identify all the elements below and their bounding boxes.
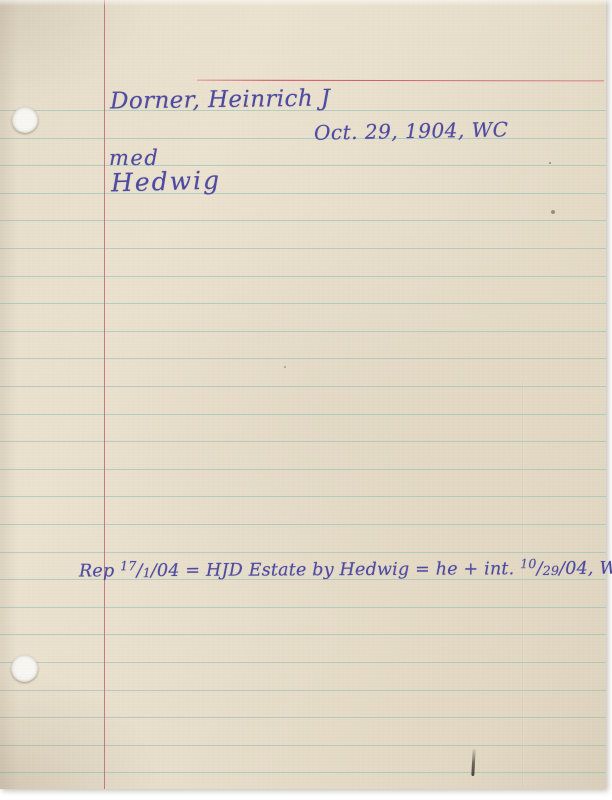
paper-speck [284, 366, 286, 368]
paper-crease [522, 380, 524, 788]
rule-line [0, 414, 606, 415]
paper-speck [551, 210, 555, 214]
punch-hole-bottom [11, 655, 38, 682]
note-segment: /04, WCs [559, 559, 612, 579]
rule-line [0, 634, 606, 635]
rule-line [0, 138, 606, 139]
rule-line [0, 745, 606, 746]
rule-line [0, 358, 606, 359]
rule-line [0, 303, 606, 304]
note-segment: 17 [120, 559, 137, 574]
rule-line [0, 441, 606, 442]
red-header-line [197, 80, 604, 82]
note-segment: / [537, 559, 543, 579]
notebook-page: Dorner, Heinrich J Oct. 29, 1904, WC med… [0, 0, 606, 789]
rule-line [0, 193, 606, 194]
rule-line [0, 607, 606, 608]
rule-line [0, 220, 606, 221]
paper-grain [0, 0, 606, 789]
paper-speck [549, 162, 551, 164]
rule-line [0, 386, 606, 387]
punch-hole-top [12, 107, 38, 133]
red-margin-line [104, 0, 105, 789]
rule-line [0, 496, 606, 497]
handwritten-name: Dorner, Heinrich J [110, 85, 331, 114]
note-segment: Rep [79, 561, 120, 581]
rule-line [0, 165, 606, 166]
note-segment: 29 [543, 563, 560, 578]
rule-line [0, 469, 606, 470]
rule-line [0, 717, 606, 718]
paper-vignette [0, 0, 606, 789]
rule-line [0, 331, 606, 332]
rule-line [0, 552, 606, 553]
note-segment: /04 = HJD Estate by Hedwig = he + int. [151, 559, 520, 581]
rule-line [0, 772, 606, 773]
rule-line [0, 662, 606, 663]
note-segment: 1 [143, 565, 151, 580]
paper-top-edge [0, 0, 606, 6]
note-segment: / [136, 561, 142, 581]
rule-line [0, 248, 606, 249]
rule-line [0, 690, 606, 691]
handwritten-spouse: Hedwig [111, 166, 222, 198]
handwritten-note: Rep 17/1/04 = HJD Estate by Hedwig = he … [79, 559, 612, 582]
rule-line [0, 524, 606, 525]
rule-line [0, 276, 606, 277]
handwritten-date: Oct. 29, 1904, WC [314, 117, 509, 144]
